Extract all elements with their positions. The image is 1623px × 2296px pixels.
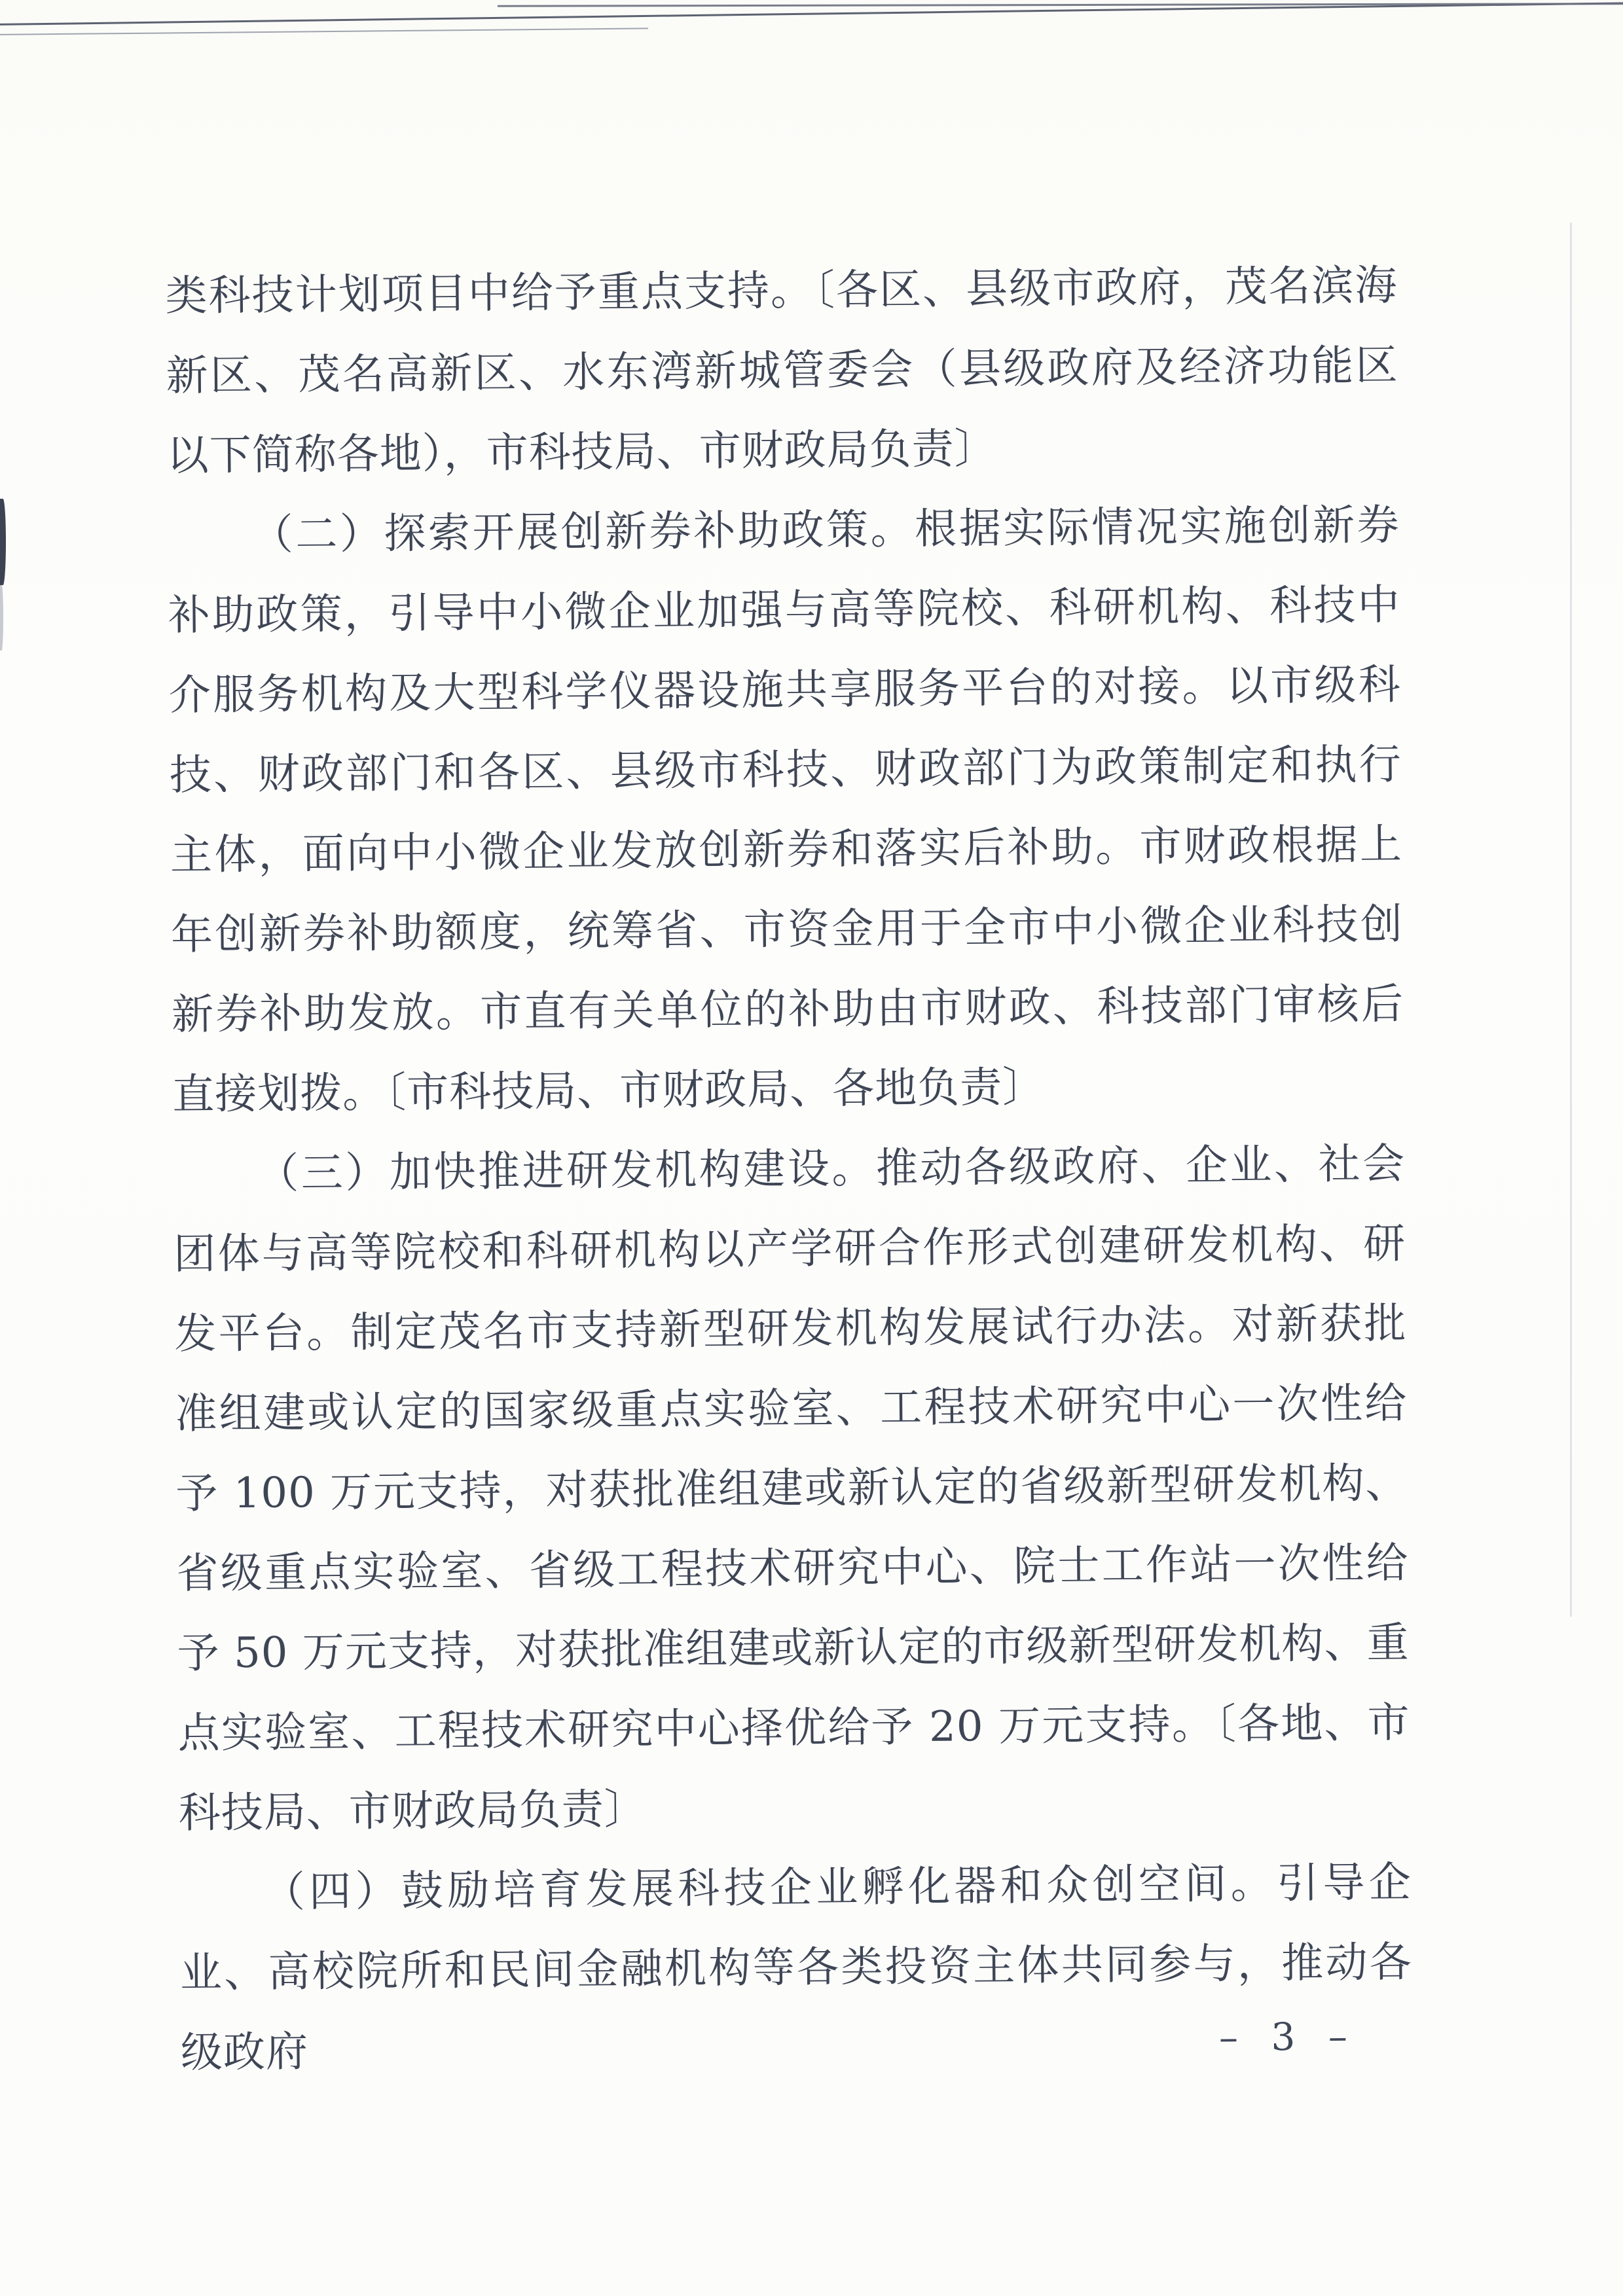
scan-artifact-left-smudge xyxy=(0,499,6,585)
paragraph-continuation: 类科技计划项目中给予重点支持。〔各区、县级市政府，茂名滨海新区、茂名高新区、水东… xyxy=(165,246,1399,496)
scanned-document-page: 类科技计划项目中给予重点支持。〔各区、县级市政府，茂名滨海新区、茂名高新区、水东… xyxy=(0,0,1623,2296)
scan-artifact-vertical-streak xyxy=(1570,223,1572,1617)
paragraph-item-3: （三）加快推进研发机构建设。推动各级政府、企业、社会团体与高等院校和科研机构以产… xyxy=(173,1124,1412,1854)
paragraph-item-2: （二）探索开展创新券补助政策。根据实际情况实施创新券补助政策，引导中小微企业加强… xyxy=(167,486,1404,1135)
scan-artifact-left-smudge-tail xyxy=(0,585,3,651)
scan-artifact-top-right-line xyxy=(498,3,1623,7)
scan-artifact-top-line-secondary xyxy=(0,27,648,35)
document-body: 类科技计划项目中给予重点支持。〔各区、县级市政府，茂名滨海新区、茂名高新区、水东… xyxy=(165,246,1413,2093)
page-number: – 3 – xyxy=(1219,2014,1358,2060)
